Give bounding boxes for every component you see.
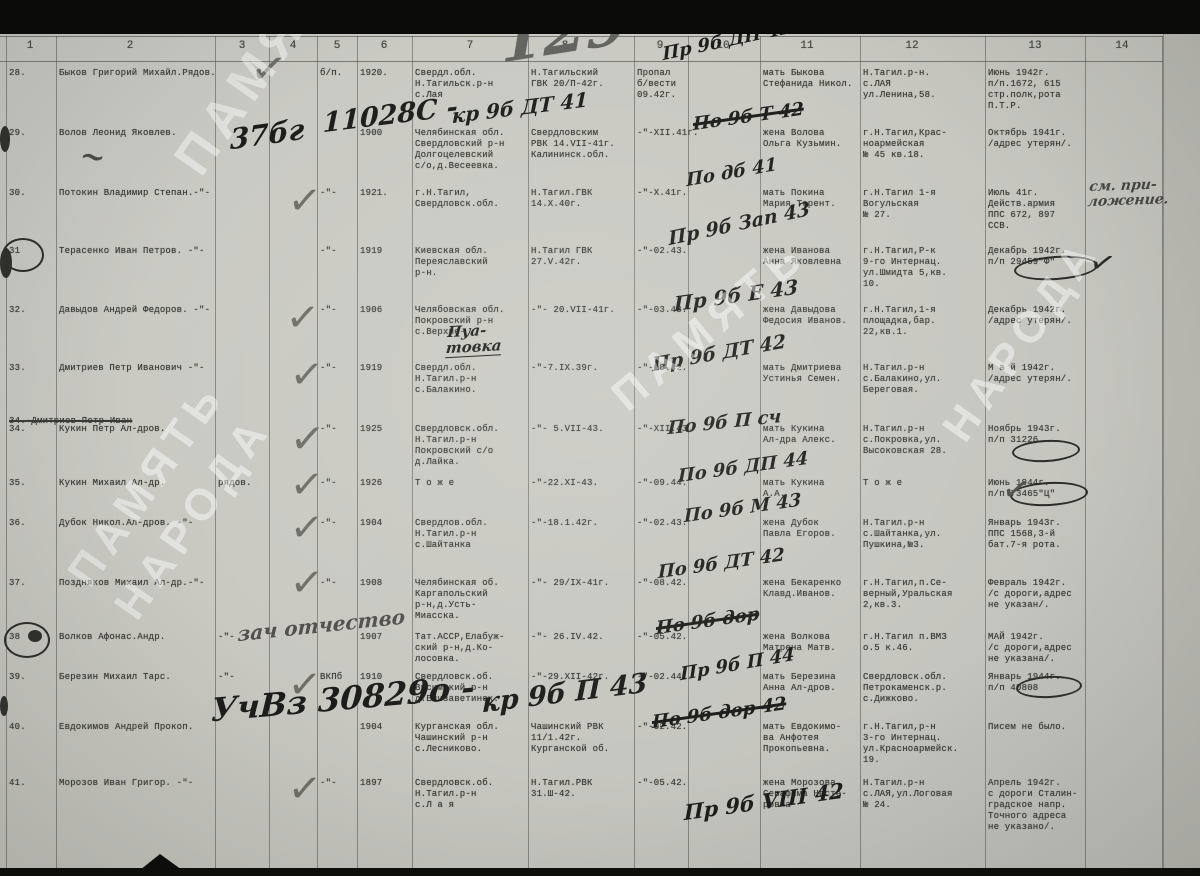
table-cell: 33. [9,363,26,374]
checkmark-icon: ✓ [284,294,321,343]
checkmark-icon: ✓ [288,413,327,465]
table-cell: 28. [9,68,26,79]
table-cell: жена Волова Ольга Кузьмин. [763,128,841,150]
scan-black-tear [140,854,182,870]
ink-blob [0,248,12,278]
table-column-line [528,36,529,869]
table-column-line [860,36,861,869]
column-number: 2 [127,40,134,52]
table-cell: Свердл.обл. Н.Тагил.р-н с.Балакино. [415,363,477,396]
table-cell: -"- [320,778,337,789]
checkmark-icon: ✓ [288,559,325,608]
column-number: 14 [1115,40,1128,52]
table-cell: г.Н.Тагил п.ВМЗ о.5 к.46. [863,632,947,654]
table-cell: Писем не было. [988,722,1066,733]
ink-blob [0,126,10,152]
table-cell: жена Дубок Павла Егоров. [763,518,836,540]
column-number: 11 [800,40,813,52]
table-cell: -"- 5.VII-43. [531,424,604,435]
table-cell: Потокин Владимир Степан.-"- [59,188,210,199]
scan-black-border-top [0,0,1200,34]
table-column-line [985,36,986,869]
table-cell: Н.Тагил.р-н с.Шайтанка,ул. Пушкина,№3. [863,518,941,551]
table-cell: -"- [218,632,235,643]
table-cell: Н.Тагил.р-н с.Покровка,ул. Высоковская 2… [863,424,947,457]
table-cell: Н.Тагил.р-н с.Балакино,ул. Береговая. [863,363,941,396]
table-cell: -"-02.43. [637,518,687,529]
table-cell: мать Березина Анна Ал-дров. [763,672,836,694]
checkmark-icon: ✓ [998,467,1034,512]
table-cell: 1919 [360,363,382,374]
table-cell: Н.Тагил.р-н с.ЛАЯ,ул.Логовая № 24. [863,778,953,811]
checkmark-icon: ✓ [288,504,325,553]
table-cell: Н.Тагил.ГВК 14.X.40г. [531,188,593,210]
table-cell: Дмитриев Петр Иванович -"- [59,363,205,374]
table-cell: 1921. [360,188,388,199]
handwritten-note: По дб 41 [686,156,777,191]
table-cell: 1904 [360,518,382,529]
column-number: 13 [1028,40,1041,52]
table-cell: г.Н.Тагил,Крас- ноармейская № 45 кв.18. [863,128,947,161]
table-cell: мать Дмитриева Устинья Семен. [763,363,841,385]
table-cell: -"-05.42. [637,778,687,789]
handwritten-note: кр 9б П 43 [482,670,648,719]
table-cell: 1907 [360,632,382,643]
table-cell: 40. [9,722,26,733]
watermark: ПАМЯТЬ НАРОДА [55,370,285,631]
table-column-line [6,36,7,869]
table-cell: жена Давыдова Федосия Иванов. [763,305,847,327]
table-cell: Июнь 1942г. п/п.1672, 615 стр.полк,рота … [988,68,1061,112]
table-cell: Н.Тагил.РВК 31.Ш-42. [531,778,593,800]
checkmark-icon: ✓ [288,461,325,510]
table-cell: Свердлов.обл. Н.Тагил.р-н с.Шайтанка [415,518,488,551]
table-cell: Апрель 1942г. с дороги Сталин- градское … [988,778,1078,833]
table-cell: 1925 [360,424,382,435]
table-cell: 1897 [360,778,382,789]
checkmark-icon: ✓ [286,765,323,814]
table-cell: -"- 20.VII-41г. [531,305,615,316]
table-cell: Курганская обл. Чашинский р-н с.Лесников… [415,722,499,755]
table-cell: Киевская обл. Переяславский р-н. [415,246,488,279]
column-number: 6 [381,40,388,52]
checkmark-icon: ✓ [286,177,323,226]
table-cell: -"-22.XI-43. [531,478,598,489]
table-cell: Июль 41г. Действ.армия ППС 672, 897 ССВ. [988,188,1055,232]
table-cell: Пропал б/вести 09.42г. [637,68,676,101]
table-cell: Свердловск.обл. Петрокаменск.р. с.Дижков… [863,672,947,705]
table-cell: Волков Афонас.Андр. [59,632,165,643]
table-cell: Евдокимов Андрей Прокоп. [59,722,193,733]
table-cell: Тат.АССР,Елабуж- ский р-н,д.Ко- лосовка. [415,632,505,665]
table-cell: 39. [9,672,26,683]
table-cell: Чашинский РВК 11/1.42г. Курганской об. [531,722,609,755]
table-cell: -"- 26.IV.42. [531,632,604,643]
table-cell: жена Бекаренко Клавд.Иванов. [763,578,841,600]
circle-mark [4,622,50,658]
table-cell: 1919 [360,246,382,257]
table-cell: Свердловским РВК 14.VII-41г. Калининск.о… [531,128,615,161]
table-cell: 41. [9,778,26,789]
scanned-document-page: 123456789101112131428.Быков Григорий Мих… [0,0,1200,876]
table-cell: -"- [320,246,337,257]
table-cell: 1904 [360,722,382,733]
table-cell: Волов Леонид Яковлев. [59,128,177,139]
column-number: 5 [334,40,341,52]
column-number: 1 [27,40,34,52]
table-cell: МАЙ 1942г. /с дороги,адрес не указана/. [988,632,1072,665]
table-cell: -"- [320,305,337,316]
table-cell: г.Н.Тагил,1-я площадка,бар. 22,кв.1. [863,305,936,338]
table-cell: г.Н.Тагил, Свердловск.обл. [415,188,499,210]
table-cell: Морозов Иван Григор. -"- [59,778,193,789]
table-cell: Быков Григорий Михайл.Рядов. [59,68,216,79]
table-cell: -"- 29/IX-41г. [531,578,609,589]
table-column-line [357,36,358,869]
table-cell: мать Евдокимо- ва Анфотея Прокопьевна. [763,722,841,755]
table-cell: -"-18.1.42г. [531,518,598,529]
table-cell: 29. [9,128,26,139]
checkmark-icon: ✓ [288,351,325,400]
table-cell: Березин Михаил Тарс. [59,672,171,683]
table-cell: Давыдов Андрей Федоров. -"- [59,305,210,316]
table-cell: г.Н.Тагил,п.Се- верный,Уральская 2,кв.3. [863,578,953,611]
handwritten-note: см. при- ложение. [1087,177,1171,209]
page-right-edge [1163,22,1200,870]
table-cell: -"-X.41г. [637,188,687,199]
table-cell: Февраль 1942г. /с дороги,адрес не указан… [988,578,1072,611]
handwritten-note: УчВз 30829о - [210,671,475,728]
table-cell: -"- [218,672,235,683]
handwritten-note: По 9б дор [656,605,759,639]
table-column-line [634,36,635,869]
ink-blob [28,630,42,642]
table-cell: 1920. [360,68,388,79]
table-cell: 30. [9,188,26,199]
table-cell: -"-7.IX.39г. [531,363,598,374]
table-cell: Н.Тагильский ГВК 20/П-42г. [531,68,604,90]
handwritten-note: Пуа- товка [445,322,503,358]
table-cell: 37. [9,578,26,589]
table-cell: Н.Тагил ГВК 27.V.42г. [531,246,593,268]
table-cell: 32. [9,305,26,316]
table-column-line [688,36,689,869]
table-cell: Т о ж е [415,478,454,489]
column-number: 12 [905,40,918,52]
table-cell: мать Быкова Стефанида Никол. [763,68,853,90]
table-cell: Н.Тагил.р-н. с.ЛАЯ ул.Ленина,58. [863,68,936,101]
table-cell: Свердловск.обл. Н.Тагил.р-н Покровский с… [415,424,499,468]
table-cell: 1926 [360,478,382,489]
table-cell: Т о ж е [863,478,902,489]
table-column-line [412,36,413,869]
table-cell: б/п. [320,68,342,79]
table-cell: 35. [9,478,26,489]
table-cell: 1908 [360,578,382,589]
table-cell: Челябинская обл. Свердловский р-н Долгоц… [415,128,505,172]
table-cell: Свердловск.об. Н.Тагил.р-н с.Л а я [415,778,493,811]
table-cell: 36. [9,518,26,529]
ink-blob [0,696,8,716]
table-cell: 34. [9,424,26,435]
table-cell: -"-XII.41г. [637,128,699,139]
table-cell: г.Н.Тагил 1-я Вогульская № 27. [863,188,936,221]
table-cell: Январь 1943г. ППС 1568,3-й бат.7-я рота. [988,518,1061,551]
column-number: 7 [467,40,474,52]
handwritten-note: ~ [75,140,110,175]
table-column-line [1162,36,1163,869]
table-cell: Октябрь 1941г. /адрес утерян/. [988,128,1072,150]
table-cell: г.Н.Тагил,р-н 3-го Интернац. ул.Красноар… [863,722,958,766]
table-column-line [56,36,57,869]
table-column-line [1085,36,1086,869]
table-cell: Терасенко Иван Петров. -"- [59,246,205,257]
table-cell: г.Н.Тагил,Р-к 9-го Интернац. ул.Шмидта 5… [863,246,947,290]
table-cell: 1906 [360,305,382,316]
table-cell: Челябинская об. Каргапольский р-н,д.Усть… [415,578,499,622]
